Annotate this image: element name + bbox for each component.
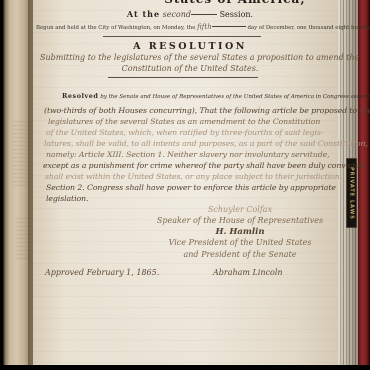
signature-vp-title-2: and President of the Senate xyxy=(145,250,335,259)
divider-rule xyxy=(108,77,258,78)
resolved-rest: by the Senate and House of Representativ… xyxy=(100,94,370,100)
body-line: legislation. xyxy=(46,194,88,203)
signature-speaker-title: Speaker of the House of Representatives xyxy=(120,216,360,225)
signature-vp-title-1: Vice President of the United States xyxy=(130,238,350,247)
ruled-blank xyxy=(191,14,217,15)
session-prefix: At the xyxy=(127,9,160,19)
subtitle-line-1: Submitting to the legislatures of the se… xyxy=(40,53,340,62)
body-line: (two-thirds of both Houses concurring), … xyxy=(44,106,370,115)
session-line: At the second Session. xyxy=(95,9,285,19)
convened-day-written: fifth xyxy=(197,23,212,31)
body-line: namely: Article XIII. Section 1. Neither… xyxy=(46,150,330,159)
photo-background: PRIVATE LAWS States of America; At the s… xyxy=(0,0,370,370)
convened-part2: day of December, one thousand eight hund… xyxy=(247,25,370,31)
resolution-title: A RESOLUTION xyxy=(90,41,290,52)
session-suffix: Session. xyxy=(220,10,254,19)
body-line: latures, shall be valid, to all intents … xyxy=(44,139,368,148)
signature-speaker-name: Schuyler Colfax xyxy=(160,205,320,214)
convened-line: Begun and held at the City of Washington… xyxy=(36,23,334,31)
ruled-blank xyxy=(212,26,246,27)
body-line: of the United States, which, when ratifi… xyxy=(46,128,323,137)
subtitle-line-2: Constitution of the United States. xyxy=(40,64,340,73)
convened-part1: Begun and held at the City of Washington… xyxy=(36,25,195,31)
body-line: except as a punishment for crime whereof… xyxy=(43,161,367,170)
resolved-clause: Resolved by the Senate and House of Repr… xyxy=(62,92,342,100)
resolution-document: States of America; At the second Session… xyxy=(0,0,370,370)
approval-date: Approved February 1, 1865. xyxy=(45,268,159,277)
resolved-lead: Resolved xyxy=(62,92,98,100)
body-line: legislatures of the several States as an… xyxy=(48,117,320,126)
session-written: second xyxy=(163,10,191,19)
signature-lincoln: Abraham Lincoln xyxy=(213,268,283,277)
body-line: Section 2. Congress shall have power to … xyxy=(46,183,336,192)
divider-rule xyxy=(103,36,261,37)
congress-heading-fragment: States of America; xyxy=(120,0,350,6)
signature-vp-name: H. Hamlin xyxy=(160,227,320,237)
body-line: shall exist within the United States, or… xyxy=(45,172,342,181)
